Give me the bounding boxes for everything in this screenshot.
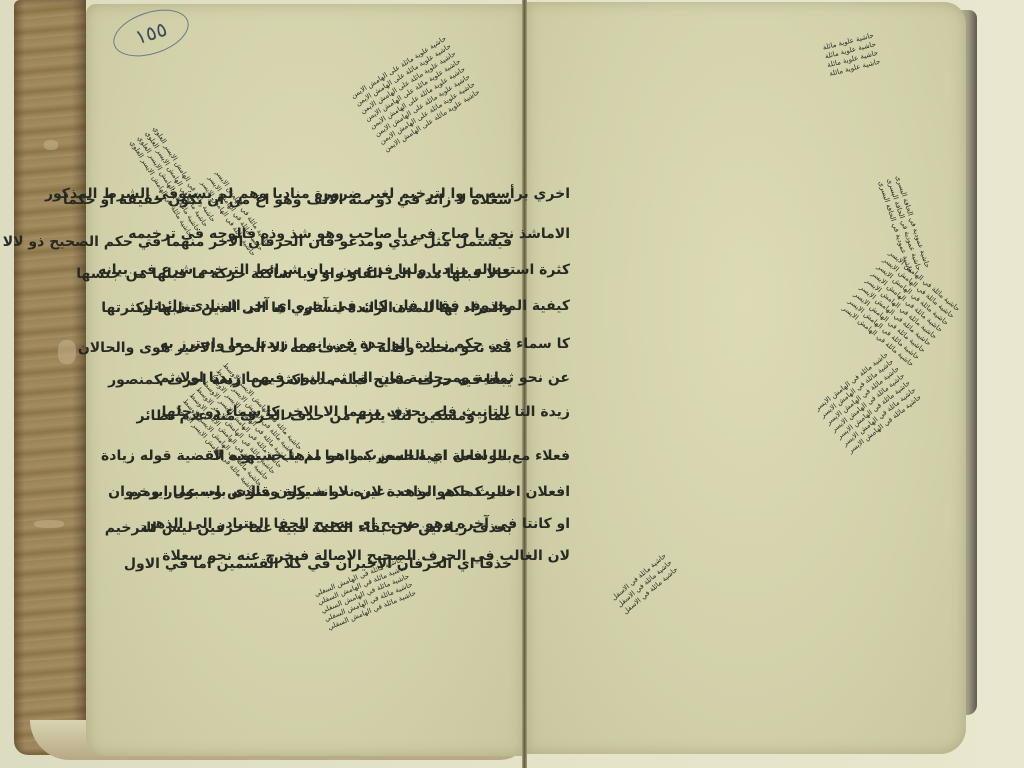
main-text-line: كيفية المحذوف فقال فان كان في آخره اي آخ… xyxy=(300,298,570,314)
main-text-line: كا سماء في حكم زيادة الواحدة في انهما زي… xyxy=(300,336,570,352)
main-text-line: عن نحو ثمانية ومرجانية فان اليا ثم النون… xyxy=(300,370,570,386)
main-text-line: كثرة استعماله مناديا ولما فرغ من بيان شر… xyxy=(300,262,570,278)
spine-wear-mark xyxy=(34,520,64,528)
main-text-line: اخري برأسه ما وا لترخيم لغير ضرورة منادي… xyxy=(300,186,570,202)
book-spine xyxy=(14,0,86,755)
main-text-line: افعلان احمر كما هو مذهب غيره لا انه يكون… xyxy=(300,484,570,500)
main-text-line: زيدة التا للتانيث فلم يحذف منهما الا الا… xyxy=(300,404,570,420)
main-text-line: لان الغالب في الحرف الصحيح الاصالة فيخرج… xyxy=(300,548,570,564)
spine-wear-mark xyxy=(44,140,58,150)
spine-wear-mark xyxy=(58,340,76,364)
main-text-line: فعلاء مع الوسامة اي الحسن كما هو مذهب سي… xyxy=(300,448,570,464)
main-text-line: الاماشذ نحو يا صاح في يا صاحب وهو شذ وذه… xyxy=(300,226,570,242)
table-surface xyxy=(975,0,1024,768)
main-text-line: او كانتا في آخره وهو صحيح اي صحيح الحفا … xyxy=(300,516,570,532)
